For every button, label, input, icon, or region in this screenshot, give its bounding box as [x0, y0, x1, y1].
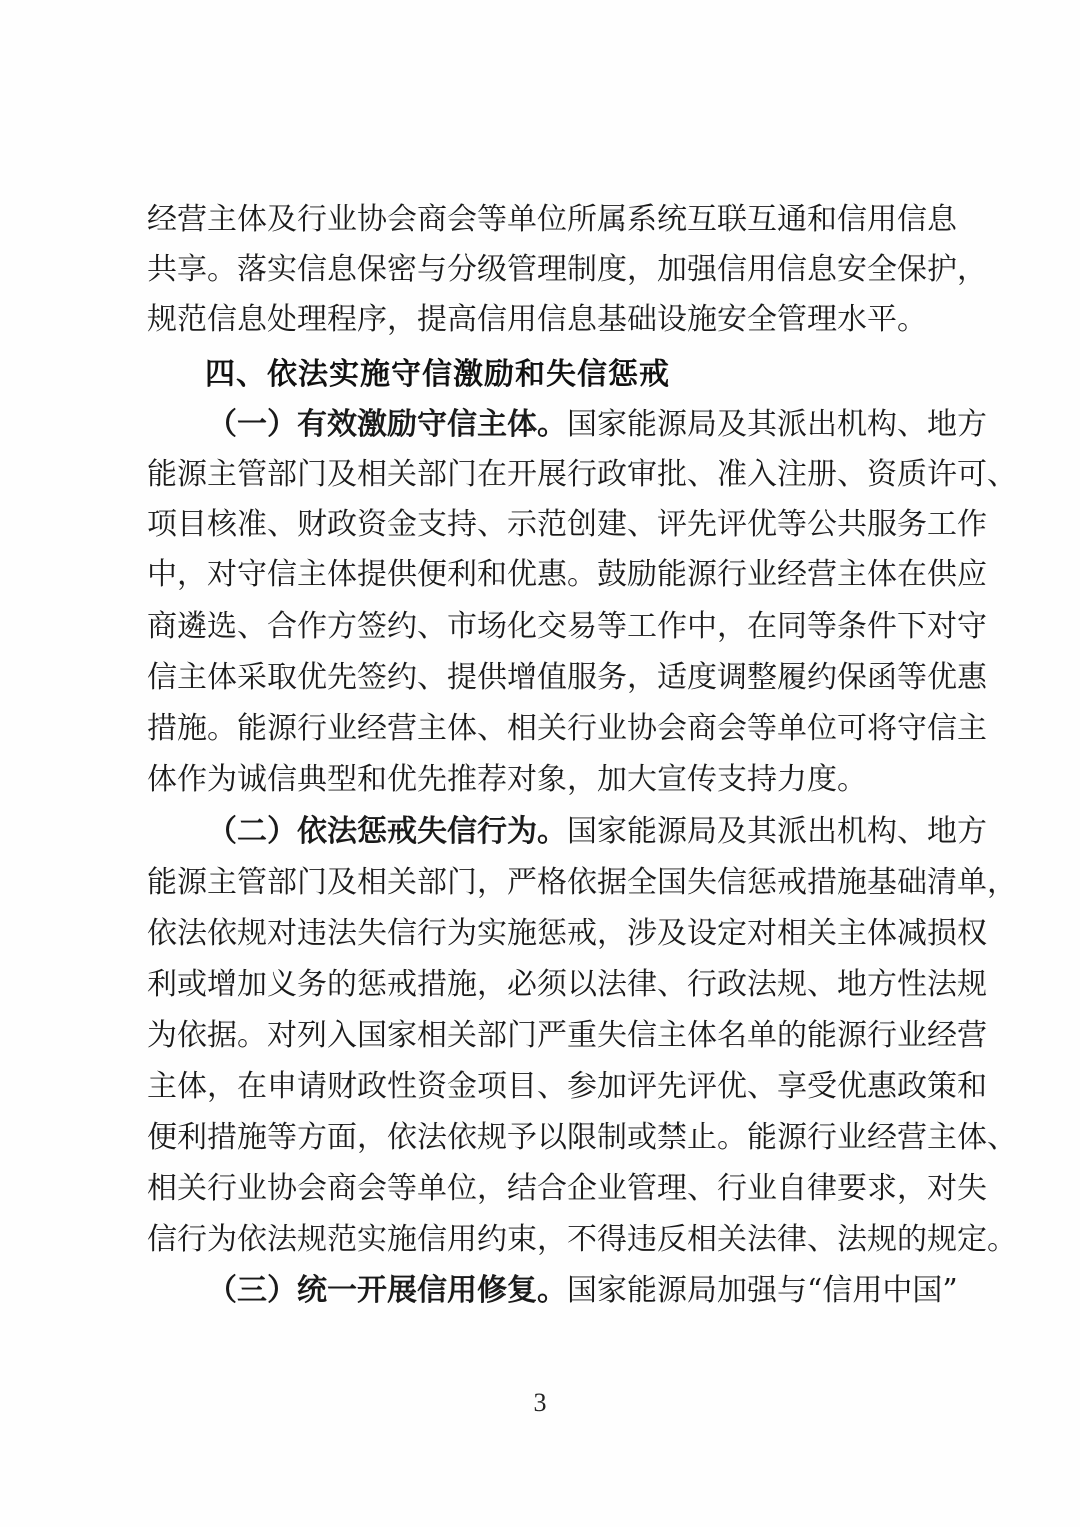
body-text-line: 商遴选、合作方签约、市场化交易等工作中，在同等条件下对守	[147, 607, 947, 647]
body-text-line: 便利措施等方面，依法依规予以限制或禁止。能源行业经营主体、	[147, 1118, 947, 1158]
subsection-title: （一）有效激励守信主体。	[207, 407, 567, 442]
body-text-line: 能源主管部门及相关部门在开展行政审批、准入注册、资质许可、	[147, 455, 947, 495]
body-text-line: 为依据。对列入国家相关部门严重失信主体名单的能源行业经营	[147, 1016, 947, 1056]
body-text: 国家能源局及其派出机构、地方	[567, 814, 987, 849]
body-text-line: 共享。落实信息保密与分级管理制度，加强信用信息安全保护，	[147, 250, 947, 290]
body-text-line: 信行为依法规范实施信用约束，不得违反相关法律、法规的规定。	[147, 1220, 947, 1260]
document-page: 经营主体及行业协会商会等单位所属系统互联互通和信用信息 共享。落实信息保密与分级…	[0, 0, 1080, 1527]
subsection-title: （三）统一开展信用修复。	[207, 1273, 567, 1308]
body-text-line: 经营主体及行业协会商会等单位所属系统互联互通和信用信息	[147, 200, 947, 240]
subsection-title: （二）依法惩戒失信行为。	[207, 814, 567, 849]
section-heading: 四、依法实施守信激励和失信惩戒	[205, 355, 1005, 395]
body-text-line: 中，对守信主体提供便利和优惠。鼓励能源行业经营主体在供应	[147, 555, 947, 595]
body-text: 国家能源局及其派出机构、地方	[567, 407, 987, 442]
subsection-first-line: （三）统一开展信用修复。国家能源局加强与“信用中国”	[207, 1271, 947, 1311]
body-text-line: 项目核准、财政资金支持、示范创建、评先评优等公共服务工作	[147, 505, 947, 545]
body-text-line: 能源主管部门及相关部门，严格依据全国失信惩戒措施基础清单，	[147, 863, 947, 903]
page-number: 3	[0, 1388, 1080, 1418]
body-text-line: 依法依规对违法失信行为实施惩戒，涉及设定对相关主体减损权	[147, 914, 947, 954]
body-text-line: 信主体采取优先签约、提供增值服务，适度调整履约保函等优惠	[147, 658, 947, 698]
subsection-first-line: （二）依法惩戒失信行为。国家能源局及其派出机构、地方	[207, 812, 947, 852]
body-text-line: 利或增加义务的惩戒措施，必须以法律、行政法规、地方性法规	[147, 965, 947, 1005]
body-text-line: 规范信息处理程序，提高信用信息基础设施安全管理水平。	[147, 300, 947, 340]
body-text-line: 体作为诚信典型和优先推荐对象，加大宣传支持力度。	[147, 760, 947, 800]
body-text: 国家能源局加强与“信用中国”	[567, 1273, 958, 1308]
body-text-line: 相关行业协会商会等单位，结合企业管理、行业自律要求，对失	[147, 1169, 947, 1209]
body-text-line: 措施。能源行业经营主体、相关行业协会商会等单位可将守信主	[147, 709, 947, 749]
body-text-line: 主体，在申请财政性资金项目、参加评先评优、享受优惠政策和	[147, 1067, 947, 1107]
subsection-first-line: （一）有效激励守信主体。国家能源局及其派出机构、地方	[207, 405, 947, 445]
